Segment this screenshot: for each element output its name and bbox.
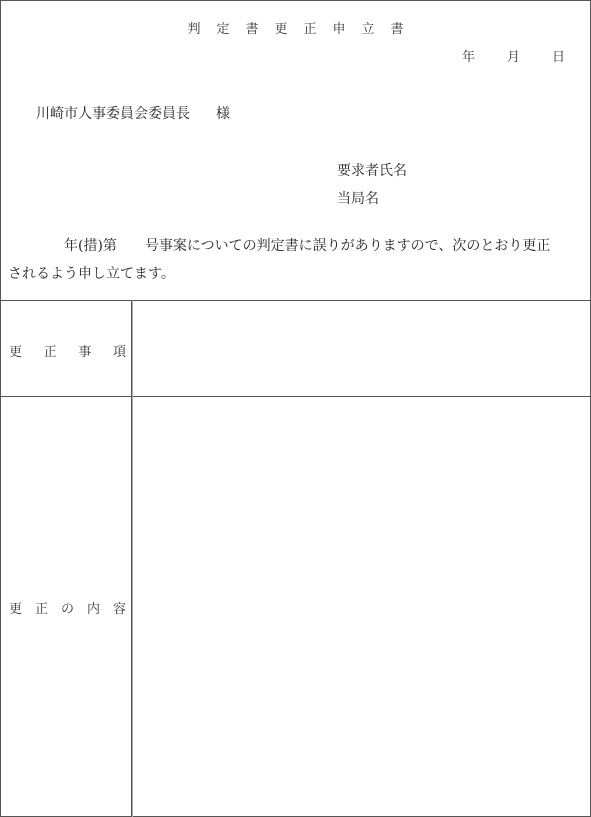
case-year-prefix: 年(措)第 xyxy=(64,238,117,254)
title-char: 立 xyxy=(362,18,391,37)
body-line-1-text: 号事案についての判定書に誤りがありますので、次のとおり更正 xyxy=(145,238,550,254)
title-char: 定 xyxy=(216,18,245,37)
body-line-1: 年(措)第号事案についての判定書に誤りがありますので、次のとおり更正 xyxy=(64,235,550,255)
correction-content-field[interactable] xyxy=(133,397,589,815)
body-line-2: されるよう申し立てます。 xyxy=(8,263,175,283)
correction-content-label: 更 正 の 内 容 xyxy=(9,598,126,617)
addressee: 川崎市人事委員会委員長様 xyxy=(36,103,230,123)
label-char: 正 xyxy=(35,598,48,617)
day-label: 日 xyxy=(552,46,565,65)
label-char: 容 xyxy=(113,598,126,617)
month-label: 月 xyxy=(507,46,520,65)
label-char: 更 xyxy=(9,341,22,360)
requester-name-label: 要求者氏名 xyxy=(337,160,407,180)
addressee-honorific: 様 xyxy=(216,106,230,122)
correction-item-label: 更 正 事 項 xyxy=(9,341,126,360)
year-label: 年 xyxy=(462,46,475,65)
label-char: の xyxy=(61,598,74,617)
document-title: 判定書更正申立書 xyxy=(0,18,591,37)
date-line: 年月日 xyxy=(462,46,565,65)
label-char: 事 xyxy=(78,341,91,360)
title-char: 更 xyxy=(274,18,303,37)
title-char: 正 xyxy=(304,18,333,37)
title-char: 申 xyxy=(333,18,362,37)
label-char: 正 xyxy=(44,341,57,360)
label-char: 更 xyxy=(9,598,22,617)
addressee-name: 川崎市人事委員会委員長 xyxy=(36,106,190,122)
correction-item-field[interactable] xyxy=(133,301,589,396)
label-char: 項 xyxy=(113,341,126,360)
authority-name-label: 当局名 xyxy=(337,188,379,208)
title-char: 書 xyxy=(391,18,420,37)
title-char: 書 xyxy=(245,18,274,37)
label-char: 内 xyxy=(87,598,100,617)
title-char: 判 xyxy=(187,18,216,37)
